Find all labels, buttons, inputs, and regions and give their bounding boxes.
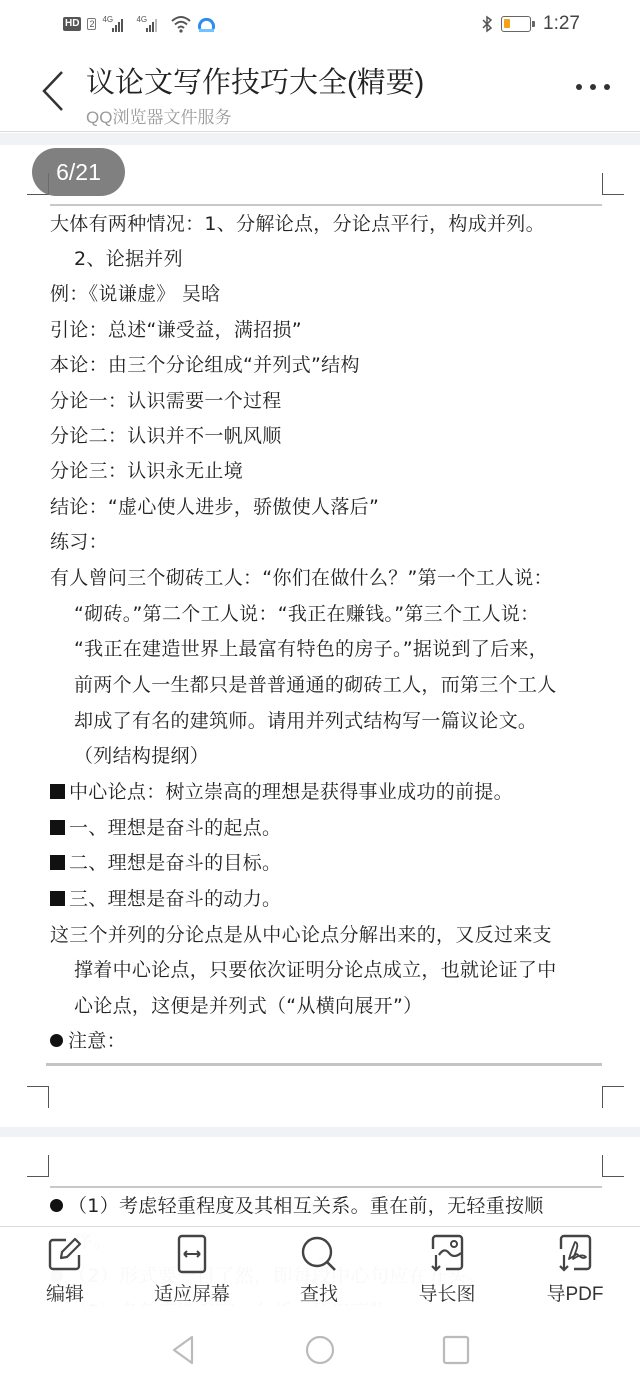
header-rule <box>50 204 602 206</box>
text-line: 大体有两种情况：1、分解论点，分论点平行，构成并列。 <box>50 209 545 239</box>
page-corner-mark <box>602 1086 624 1108</box>
page-gap <box>0 1127 640 1137</box>
export-pdf-icon <box>554 1233 596 1275</box>
nav-back-icon[interactable] <box>168 1334 200 1366</box>
page-corner-mark <box>27 1155 49 1177</box>
clock: 1:27 <box>543 13 580 35</box>
text-line: 分论三：认识永无止境 <box>50 456 243 486</box>
text-line: （列结构提纲） <box>74 741 209 771</box>
text-line: 2、论据并列 <box>74 244 183 274</box>
text-line: 结论：“虚心使人进步，骄傲使人落后” <box>50 492 379 522</box>
status-bar: HD 2 4G 4G 1:27 <box>0 0 640 48</box>
text-line: 本论：由三个分论组成“并列式”结构 <box>50 350 360 380</box>
round-bullet-icon <box>50 1199 63 1212</box>
sim-number-icon: 2 <box>87 18 96 30</box>
battery-icon <box>501 16 531 32</box>
square-bullet-icon <box>50 855 65 870</box>
text-line: 却成了有名的建筑师。请用并列式结构写一篇议论文。 <box>74 706 537 736</box>
note-item: （1）考虑轻重程度及其相互关系。重在前，无轻重按顺 <box>50 1191 544 1221</box>
page-corner-mark <box>602 1155 624 1177</box>
text-line: 前两个人一生都只是普普通通的砌砖工人，而第三个工人 <box>74 670 557 700</box>
system-navigation-bar <box>0 1306 640 1386</box>
outline-item: 二、理想是奋斗的目标。 <box>50 848 281 878</box>
export-pdf-button[interactable]: 导PDF <box>520 1233 630 1306</box>
note-item: 注意： <box>50 1026 126 1056</box>
text-line: 有人曾问三个砌砖工人：“你们在做什么？”第一个工人说： <box>50 563 553 593</box>
hd-voice-icon: HD <box>63 17 81 31</box>
outline-item: 三、理想是奋斗的动力。 <box>50 884 281 914</box>
cellular-signal-icon: 4G <box>102 15 130 33</box>
text-line: 撑着中心论点，只要依次证明分论点成立，也就论证了中 <box>74 955 557 985</box>
back-arrow-icon[interactable] <box>36 68 70 114</box>
more-dot-icon <box>576 84 582 90</box>
page-corner-mark <box>602 173 624 195</box>
text-line: “我正在建造世界上最富有特色的房子。”据说到了后来， <box>74 634 548 664</box>
cellular-signal-icon-2: 4G <box>136 15 164 33</box>
title-bar: 议论文写作技巧大全(精要) QQ浏览器文件服务 <box>0 48 640 132</box>
text-line: “砌砖。”第二个工人说：“我正在赚钱。”第三个工人说： <box>74 599 539 629</box>
document-source: QQ浏览器文件服务 <box>86 103 231 128</box>
edit-icon <box>44 1233 86 1275</box>
document-title: 议论文写作技巧大全(精要) <box>86 60 424 101</box>
text-line: 引论：总述“谦受益，满招损” <box>50 315 302 345</box>
outline-item: 中心论点：树立崇高的理想是获得事业成功的前提。 <box>50 777 513 807</box>
outline-item: 一、理想是奋斗的起点。 <box>50 813 281 843</box>
square-bullet-icon <box>50 784 65 799</box>
text-line: 心论点，这便是并列式（“从横向展开”） <box>74 991 422 1021</box>
wifi-icon <box>170 15 192 33</box>
more-dot-icon <box>590 84 596 90</box>
fit-screen-icon <box>171 1233 213 1275</box>
round-bullet-icon <box>50 1034 63 1047</box>
nav-home-icon[interactable] <box>304 1334 336 1366</box>
text-line: 分论二：认识并不一帆风顺 <box>50 421 282 451</box>
text-line: 分论一：认识需要一个过程 <box>50 386 282 416</box>
export-long-image-button[interactable]: 导长图 <box>392 1233 502 1306</box>
search-button[interactable]: 查找 <box>264 1233 374 1306</box>
page-indicator: 6/21 <box>32 148 125 196</box>
bottom-toolbar: 编辑 适应屏幕 查找 导长图 导PDF <box>0 1226 640 1306</box>
page-corner-mark <box>27 1086 49 1108</box>
export-long-image-icon <box>426 1233 468 1275</box>
text-line: 这三个并列的分论点是从中心论点分解出来的，又反过来支 <box>50 920 552 950</box>
page-gap <box>0 133 640 145</box>
edit-button[interactable]: 编辑 <box>10 1233 120 1306</box>
header-rule <box>50 1186 602 1188</box>
more-dot-icon <box>604 84 610 90</box>
fit-screen-button[interactable]: 适应屏幕 <box>137 1233 247 1306</box>
status-left: HD 2 4G 4G <box>63 14 215 34</box>
footer-rule <box>46 1063 602 1066</box>
status-right: 1:27 <box>481 12 580 36</box>
square-bullet-icon <box>50 820 65 835</box>
page-6[interactable]: 大体有两种情况：1、分解论点，分论点平行，构成并列。 2、论据并列 例：《说谦虚… <box>0 145 640 1123</box>
bluetooth-icon <box>481 15 493 33</box>
text-line: 例：《说谦虚》 吴晗 <box>50 279 221 309</box>
square-bullet-icon <box>50 891 65 906</box>
text-line: 练习： <box>50 527 108 557</box>
qq-browser-icon <box>198 16 215 33</box>
search-icon <box>298 1233 340 1275</box>
more-options-button[interactable] <box>576 84 610 90</box>
nav-recents-icon[interactable] <box>440 1334 472 1366</box>
